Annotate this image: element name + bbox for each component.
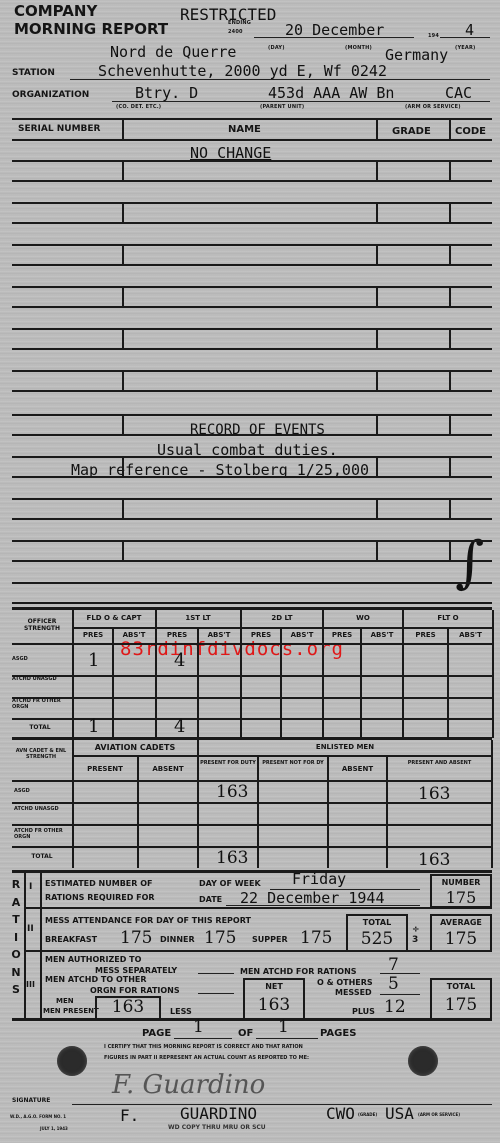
org-caption-unit: (CO. DET. ETC.) (116, 104, 161, 110)
auth-label-2: MESS SEPARATELY (95, 966, 177, 975)
officer-strength-title: OFFICER STRENGTH (14, 618, 70, 632)
col-divider (122, 244, 124, 264)
col-divider (122, 414, 124, 434)
enl-divider (72, 740, 74, 868)
col-divider (376, 370, 378, 390)
org-parent-unit: 453d AAA AW Bn (268, 84, 394, 102)
divide-by-three: ÷ 3 (412, 925, 422, 945)
officer-group-2d-lt: 2D LT (242, 614, 322, 622)
form-title-company: COMPANY (14, 2, 97, 20)
org-unit: Btry. D (135, 84, 198, 102)
enl-rule (12, 824, 492, 826)
roster-rule (12, 202, 492, 204)
enl-divider (257, 755, 259, 868)
station-country: Germany (385, 46, 448, 64)
date-label: DATE (199, 895, 222, 904)
1st-lt-asgd-pres: 4 (174, 650, 185, 671)
officer-rule (12, 697, 492, 699)
roster-rule (12, 602, 492, 604)
signer-arm: USA (385, 1104, 414, 1123)
ending-time-label: 2400 (228, 29, 243, 35)
less-label: LESS (170, 1007, 192, 1016)
supper-value: 175 (300, 928, 332, 948)
officer-group-flt-o: FLT O (404, 614, 492, 622)
station-label: STATION (12, 68, 55, 78)
month-caption: (MONTH) (345, 45, 372, 51)
mess-attendance-label: MESS ATTENDANCE FOR DAY OF THIS REPORT (45, 916, 251, 925)
men-present-label: MEN PRESENT (43, 1007, 99, 1015)
roster-rule (12, 498, 492, 500)
roster-rule (12, 582, 492, 584)
arm-caption: (ARM OR SERVICE) (418, 1112, 460, 1117)
mess-total-box: TOTAL 525 (346, 914, 408, 952)
sub-abst: ABS'T (282, 631, 322, 639)
roster-rule (12, 286, 492, 288)
number-value: 175 (432, 888, 490, 907)
col-divider (449, 456, 451, 476)
section-i-numeral: I (29, 882, 32, 892)
roster-rule (12, 456, 492, 458)
enl-row-atchd-other: ATCHD FR OTHER ORGN (14, 828, 70, 840)
grand-total-value: 175 (432, 995, 490, 1015)
1st-lt-total-pres: 4 (174, 716, 185, 737)
officer-rule (12, 718, 492, 720)
sub-pres: PRES (74, 631, 112, 639)
cadets-present: PRESENT (74, 765, 136, 773)
enl-rule (12, 846, 492, 848)
auth-label-1: MEN AUTHORIZED TO (45, 955, 141, 964)
station-prefix: Nord de Querre (110, 43, 236, 61)
roster-rule (12, 560, 492, 562)
certify-line-1: I CERTIFY THAT THIS MORNING REPORT IS CO… (104, 1044, 303, 1050)
ration-date-value: 22 December 1944 (240, 889, 385, 907)
col-divider (449, 202, 451, 222)
dinner-label: DINNER (160, 935, 195, 944)
roster-rule (12, 414, 492, 416)
col-divider (122, 286, 124, 306)
roster-rule (12, 476, 492, 478)
pages-label: PAGES (320, 1028, 356, 1039)
average-label: AVERAGE (432, 918, 490, 927)
page-number: 1 (193, 1017, 204, 1037)
fld-capt-asgd-pres: 1 (88, 650, 99, 671)
roster-rule (12, 222, 492, 224)
col-divider (122, 202, 124, 222)
day-caption: (DAY) (268, 45, 285, 51)
net-label: NET (245, 982, 303, 991)
page-label: PAGE (142, 1028, 171, 1039)
punch-hole-right (408, 1046, 438, 1076)
roster-rule (12, 160, 492, 162)
grade-caption: (GRADE) (358, 1112, 377, 1117)
col-divider (122, 456, 124, 476)
roster-rule (12, 180, 492, 182)
grand-total-box: TOTAL 175 (430, 978, 492, 1020)
net-box: NET 163 (243, 978, 305, 1020)
roster-rule (12, 518, 492, 520)
col-divider (449, 160, 451, 180)
sub-pres: PRES (242, 631, 280, 639)
col-divider (122, 498, 124, 518)
enl-present-and-absent: PRESENT AND ABSENT (388, 760, 491, 766)
section-iii-numeral: III (26, 980, 35, 989)
punch-hole-left (57, 1046, 87, 1076)
roster-rule (12, 328, 492, 330)
signature-script: F. Guardino (112, 1070, 265, 1100)
year-caption: (YEAR) (455, 45, 476, 51)
col-divider (449, 244, 451, 264)
station-value: Schevenhutte, 2000 yd E, Wf 0242 (98, 62, 387, 80)
average-value: 175 (432, 929, 490, 949)
officer-group-fld-capt: FLD O & CAPT (74, 614, 154, 622)
col-divider (376, 328, 378, 348)
roster-rule (12, 540, 492, 542)
col-divider (376, 540, 378, 560)
org-caption-parent: (PARENT UNIT) (260, 104, 304, 110)
enl-absent: ABSENT (329, 765, 386, 773)
men-present-box: 163 (95, 996, 161, 1020)
sub-abst: ABS'T (114, 631, 154, 639)
mess-total-value: 525 (348, 929, 406, 949)
asgd-present-duty: 163 (216, 782, 248, 802)
col-name: NAME (228, 124, 261, 135)
col-divider (376, 456, 378, 476)
signer-grade: CWO (326, 1104, 355, 1123)
roster-rule (12, 390, 492, 392)
roster-rule (12, 306, 492, 308)
officer-rule (12, 675, 492, 677)
col-serial-number: SERIAL NUMBER (18, 124, 100, 134)
morning-report-form: COMPANY MORNING REPORT RESTRICTED ENDING… (0, 0, 500, 1143)
officer-group-1st-lt: 1ST LT (157, 614, 239, 622)
year-prefix: 194 (428, 33, 439, 39)
day-of-week-value: Friday (292, 870, 346, 888)
men-present-value: 163 (97, 997, 159, 1017)
report-date: 20 December (285, 21, 384, 39)
organization-label: ORGANIZATION (12, 90, 89, 100)
sub-pres: PRES (157, 631, 197, 639)
enl-rule (74, 755, 492, 757)
org-arm: CAC (445, 84, 472, 102)
net-value: 163 (245, 995, 303, 1015)
roster-rule (12, 348, 492, 350)
men-atchd-rations-label: MEN ATCHD FOR RATIONS (240, 967, 357, 976)
signer-name: GUARDINO (180, 1104, 257, 1123)
ending-label: ENDING (228, 20, 251, 26)
average-box: AVERAGE 175 (430, 914, 492, 952)
breakfast-label: BREAKFAST (45, 935, 97, 944)
row-atchd-other: ATCHD FR OTHER ORGN (12, 698, 68, 710)
enl-row-atchd-unasgd: ATCHD UNASGD (14, 806, 70, 812)
rations-vertical-label: RATIONS (11, 876, 21, 999)
roster-rule (12, 264, 492, 266)
sub-abst: ABS'T (449, 631, 492, 639)
col-divider (122, 540, 124, 560)
col-code: CODE (455, 126, 486, 137)
roster-rule (12, 370, 492, 372)
grand-total-label: TOTAL (432, 982, 490, 991)
supper-label: SUPPER (252, 935, 288, 944)
enl-present-duty: PRESENT FOR DUTY (199, 760, 257, 766)
enl-rule (12, 780, 492, 782)
officer-rule (74, 627, 492, 629)
enl-present-not-duty: PRESENT NOT FOR DY (259, 760, 327, 766)
page-count: 1 (278, 1017, 289, 1037)
col-grade: GRADE (392, 126, 431, 137)
dinner-value: 175 (204, 928, 236, 948)
breakfast-value: 175 (120, 928, 152, 948)
col-divider (376, 202, 378, 222)
row-total: TOTAL (12, 724, 68, 731)
fld-capt-total-pres: 1 (88, 716, 99, 737)
col-divider (122, 160, 124, 180)
org-caption-arm: (ARM OR SERVICE) (405, 104, 461, 110)
col-divider (376, 414, 378, 434)
others-messed-value: 5 (388, 974, 399, 994)
sub-pres: PRES (404, 631, 447, 639)
number-label: NUMBER (432, 878, 490, 887)
officer-rule (12, 643, 492, 645)
others-messed-label-2: MESSED (335, 988, 372, 997)
sub-pres: PRES (324, 631, 360, 639)
men-present-label-1: MEN (56, 997, 74, 1005)
section-ii-numeral: II (27, 924, 34, 934)
col-divider (449, 370, 451, 390)
officer-group-divider (492, 610, 494, 738)
sub-abst: ABS'T (199, 631, 239, 639)
enl-row-asgd: ASGD (14, 788, 54, 794)
enl-strength-title: AVN CADET & ENL STRENGTH (12, 748, 70, 760)
plus-value: 12 (384, 997, 406, 1017)
col-divider (376, 286, 378, 306)
est-rations-label-1: ESTIMATED NUMBER OF (45, 879, 152, 888)
est-rations-label-2: RATIONS REQUIRED FOR (45, 893, 155, 902)
col-divider (449, 414, 451, 434)
enl-row-total: TOTAL (14, 853, 70, 860)
enlisted-men-title: ENLISTED MEN (199, 743, 491, 751)
record-of-events-title: RECORD OF EVENTS (190, 422, 325, 438)
other-orgn-label-1: MEN ATCHD TO OTHER (45, 975, 147, 984)
col-divider (376, 160, 378, 180)
col-divider (376, 244, 378, 264)
asgd-present-absent: 163 (418, 784, 450, 804)
men-atchd-rations-value: 7 (388, 955, 399, 975)
col-divider (449, 540, 451, 560)
roster-rule (12, 244, 492, 246)
form-title-morning-report: MORNING REPORT (14, 20, 168, 38)
row-atchd-unasgd: ATCHD UNASGD (12, 676, 68, 682)
other-orgn-label-2: ORGN FOR RATIONS (90, 986, 180, 995)
number-box: NUMBER 175 (430, 874, 492, 908)
col-divider (449, 286, 451, 306)
signer-initial: F. (120, 1106, 139, 1125)
mess-total-label: TOTAL (348, 918, 406, 927)
total-present-duty: 163 (216, 848, 248, 868)
col-divider (449, 328, 451, 348)
col-divider (122, 370, 124, 390)
watermark: 83rdinfdivdocs.org (120, 638, 344, 660)
of-label: OF (238, 1028, 253, 1039)
officer-group-wo: WO (324, 614, 402, 622)
col-divider (376, 498, 378, 518)
enl-divider (386, 755, 388, 868)
aviation-cadets-title: AVIATION CADETS (74, 743, 196, 752)
plus-label: PLUS (352, 1007, 375, 1016)
others-messed-label-1: O & OTHERS (317, 978, 373, 987)
cadets-absent: ABSENT (139, 765, 197, 773)
form-number: W.D., A.G.O. FORM NO. 1 (10, 1114, 66, 1119)
enl-divider (491, 740, 493, 868)
form-date: JULY 1, 1943 (40, 1126, 68, 1131)
col-divider (449, 498, 451, 518)
total-present-absent: 163 (418, 850, 450, 870)
signature-label: SIGNATURE (12, 1097, 50, 1104)
routing-instruction: WD COPY THRU MRU OR SCU (168, 1124, 266, 1131)
report-year: 4 (465, 21, 474, 39)
roster-rule (12, 434, 492, 436)
day-of-week-label: DAY OF WEEK (199, 879, 261, 888)
row-asgd: ASGD (12, 656, 52, 662)
certify-line-2: FIGURES IN PART II REPRESENT AN ACTUAL C… (104, 1055, 309, 1061)
col-divider (122, 328, 124, 348)
sub-abst: ABS'T (362, 631, 402, 639)
